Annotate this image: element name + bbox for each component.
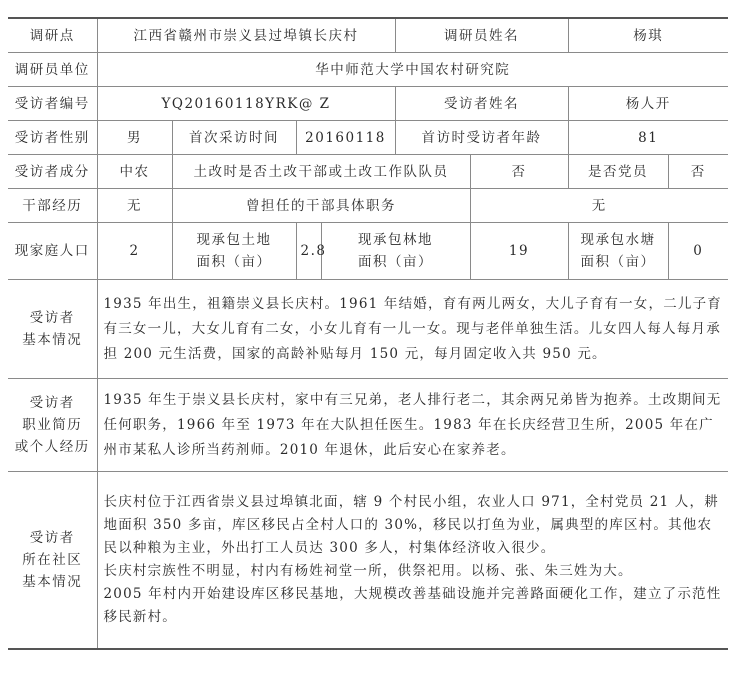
- row-basic-profile: 受访者 基本情况 1935 年出生，祖籍崇义县长庆村。1961 年结婚，育有两儿…: [8, 280, 728, 379]
- label-community-info-line1: 受访者: [12, 527, 93, 549]
- basic-profile-text: 1935 年出生，祖籍崇义县长庆村。1961 年结婚，育有两儿两女，大儿子育有一…: [104, 292, 723, 367]
- value-first-interview-date: 20160118: [296, 121, 395, 155]
- label-basic-profile-line1: 受访者: [12, 307, 93, 329]
- label-career-history: 受访者 职业简历 或个人经历: [8, 379, 97, 472]
- label-community-info-line2: 所在社区: [12, 549, 93, 571]
- value-cadre-experience: 无: [97, 189, 172, 223]
- label-contracted-pond: 现承包水塘 面积（亩）: [568, 223, 668, 280]
- label-interviewee-name: 受访者姓名: [395, 87, 568, 121]
- row-cadre-experience: 干部经历 无 曾担任的干部具体职务 无: [8, 189, 728, 223]
- label-basic-profile-line2: 基本情况: [12, 329, 93, 351]
- label-gender: 受访者性别: [8, 121, 97, 155]
- value-researcher-unit: 华中师范大学中国农村研究院: [97, 53, 728, 87]
- value-contracted-land: 2.8: [296, 223, 321, 280]
- label-interviewee-id: 受访者编号: [8, 87, 97, 121]
- row-class-status: 受访者成分 中农 土改时是否土改干部或土改工作队队员 否 是否党员 否: [8, 155, 728, 189]
- value-contracted-forest: 19: [470, 223, 568, 280]
- label-contracted-pond-line1: 现承包水塘: [573, 229, 664, 251]
- label-career-history-line2: 职业简历: [12, 414, 93, 436]
- label-first-interview-date: 首次采访时间: [172, 121, 296, 155]
- label-household-size: 现家庭人口: [8, 223, 97, 280]
- label-contracted-pond-line2: 面积（亩）: [573, 251, 664, 273]
- value-household-size: 2: [97, 223, 172, 280]
- value-land-reform-cadre: 否: [470, 155, 568, 189]
- value-age-at-interview: 81: [568, 121, 728, 155]
- label-contracted-forest-line2: 面积（亩）: [326, 251, 466, 273]
- label-basic-profile: 受访者 基本情况: [8, 280, 97, 379]
- career-history-text: 1935 年生于崇义县长庆村，家中有三兄弟，老人排行老二，其余两兄弟皆为抱养。土…: [104, 388, 723, 463]
- community-para-1: 长庆村位于江西省崇义县过埠镇北面，辖 9 个村民小组，农业人口 971，全村党员…: [104, 491, 723, 560]
- label-researcher-name: 调研员姓名: [395, 18, 568, 53]
- label-age-at-interview: 首访时受访者年龄: [395, 121, 568, 155]
- value-research-site: 江西省赣州市崇义县过埠镇长庆村: [97, 18, 395, 53]
- label-community-info: 受访者 所在社区 基本情况: [8, 472, 97, 650]
- value-researcher-name: 杨琪: [568, 18, 728, 53]
- label-contracted-forest-line1: 现承包林地: [326, 229, 466, 251]
- row-research-site: 调研点 江西省赣州市崇义县过埠镇长庆村 调研员姓名 杨琪: [8, 18, 728, 53]
- label-career-history-line1: 受访者: [12, 392, 93, 414]
- label-researcher-unit: 调研员单位: [8, 53, 97, 87]
- value-community-info: 长庆村位于江西省崇义县过埠镇北面，辖 9 个村民小组，农业人口 971，全村党员…: [97, 472, 728, 650]
- label-class-status: 受访者成分: [8, 155, 97, 189]
- row-career-history: 受访者 职业简历 或个人经历 1935 年生于崇义县长庆村，家中有三兄弟，老人排…: [8, 379, 728, 472]
- label-contracted-land-line2: 面积（亩）: [177, 251, 292, 273]
- label-cadre-experience: 干部经历: [8, 189, 97, 223]
- label-contracted-forest: 现承包林地 面积（亩）: [321, 223, 470, 280]
- value-interviewee-id: YQ20160118YRK@ Z: [97, 87, 395, 121]
- value-party-member: 否: [668, 155, 728, 189]
- label-contracted-land: 现承包土地 面积（亩）: [172, 223, 296, 280]
- row-researcher-unit: 调研员单位 华中师范大学中国农村研究院: [8, 53, 728, 87]
- row-household: 现家庭人口 2 现承包土地 面积（亩） 2.8 现承包林地 面积（亩） 19 现…: [8, 223, 728, 280]
- label-research-site: 调研点: [8, 18, 97, 53]
- value-interviewee-name: 杨人开: [568, 87, 728, 121]
- value-career-history: 1935 年生于崇义县长庆村，家中有三兄弟，老人排行老二，其余两兄弟皆为抱养。土…: [97, 379, 728, 472]
- value-class-status: 中农: [97, 155, 172, 189]
- value-gender: 男: [97, 121, 172, 155]
- label-land-reform-cadre: 土改时是否土改干部或土改工作队队员: [172, 155, 470, 189]
- value-contracted-pond: 0: [668, 223, 728, 280]
- label-contracted-land-line1: 现承包土地: [177, 229, 292, 251]
- label-party-member: 是否党员: [568, 155, 668, 189]
- value-basic-profile: 1935 年出生，祖籍崇义县长庆村。1961 年结婚，育有两儿两女，大儿子育有一…: [97, 280, 728, 379]
- value-cadre-position: 无: [470, 189, 728, 223]
- row-gender: 受访者性别 男 首次采访时间 20160118 首访时受访者年龄 81: [8, 121, 728, 155]
- label-career-history-line3: 或个人经历: [12, 436, 93, 458]
- label-community-info-line3: 基本情况: [12, 571, 93, 593]
- interviewee-info-table: 调研点 江西省赣州市崇义县过埠镇长庆村 调研员姓名 杨琪 调研员单位 华中师范大…: [8, 17, 728, 650]
- label-cadre-position: 曾担任的干部具体职务: [172, 189, 470, 223]
- row-community-info: 受访者 所在社区 基本情况 长庆村位于江西省崇义县过埠镇北面，辖 9 个村民小组…: [8, 472, 728, 650]
- community-para-2: 长庆村宗族性不明显，村内有杨姓祠堂一所，供祭祀用。以杨、张、朱三姓为大。: [104, 560, 723, 583]
- row-interviewee-id: 受访者编号 YQ20160118YRK@ Z 受访者姓名 杨人开: [8, 87, 728, 121]
- community-para-3: 2005 年村内开始建设库区移民基地，大规模改善基础设施并完善路面硬化工作，建立…: [104, 583, 723, 629]
